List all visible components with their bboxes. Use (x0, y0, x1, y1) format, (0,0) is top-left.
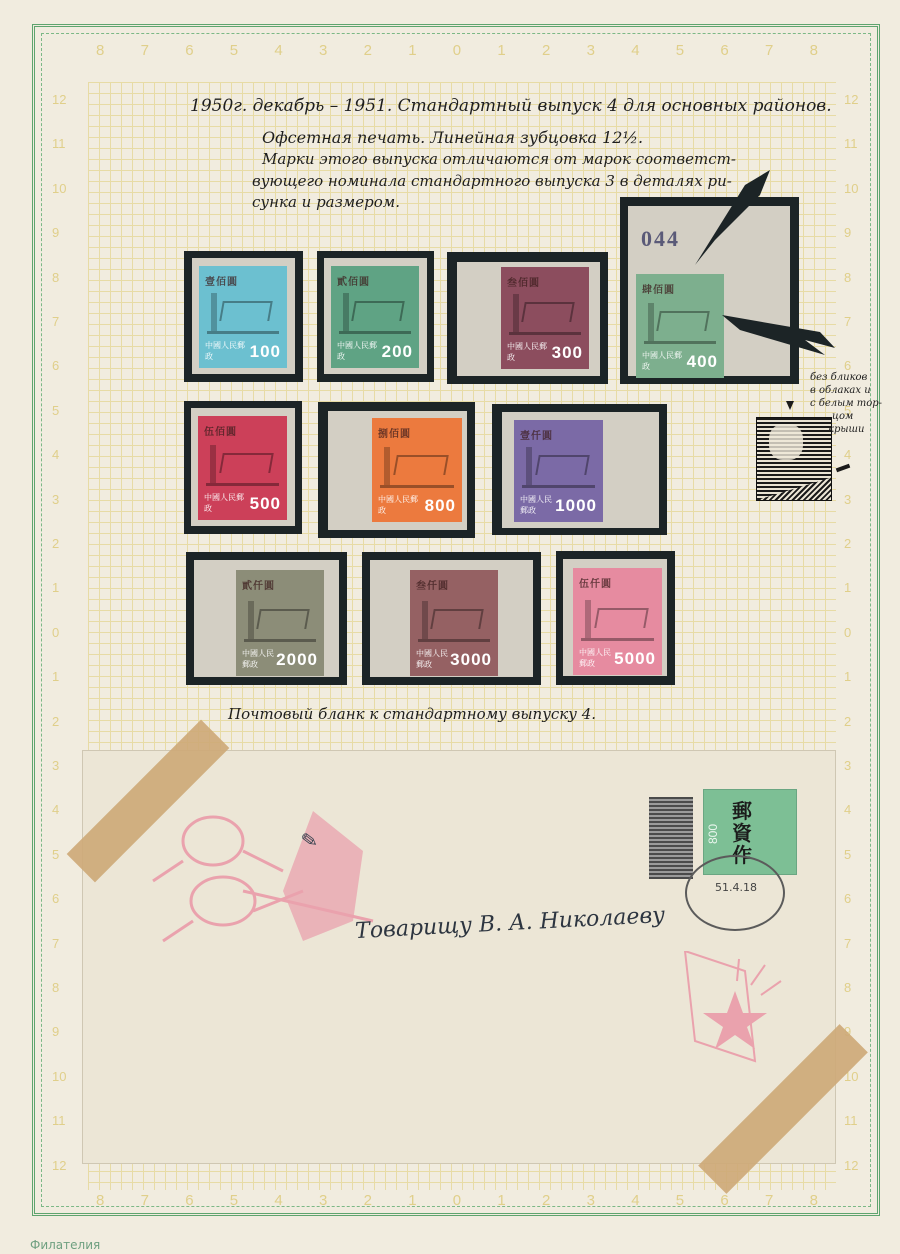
ruler-label: 2 (364, 1192, 372, 1209)
imprinted-value: 800 (706, 824, 720, 844)
stamp-country: 中國人民郵政 (507, 341, 552, 363)
ruler-label: 3 (587, 42, 595, 59)
ruler-label: 2 (542, 1192, 550, 1209)
stamp-800: 捌佰圓中國人民郵政800 (372, 418, 462, 522)
ruler-label: 5 (52, 403, 59, 418)
ruler-label: 6 (720, 42, 728, 59)
stamp-100: 壹佰圓中國人民郵政100 (199, 266, 287, 368)
ruler-label: 1 (52, 669, 59, 684)
ruler-label: 6 (52, 891, 59, 906)
star-handstamp (675, 951, 795, 1071)
stamp-value: 200 (382, 342, 413, 362)
ruler-label: 8 (96, 42, 104, 59)
stamp-value: 300 (552, 343, 583, 363)
postal-stationery-envelope: 郵 資 作 800 51.4.18 Товарищу В. А. Николае… (82, 750, 836, 1164)
ruler-label: 9 (52, 1024, 59, 1039)
postmark-date: 51.4.18 (715, 881, 757, 894)
ruler-label: 1 (497, 1192, 505, 1209)
left-ruler: 1211109876543210123456789101112 (52, 92, 76, 1172)
diagram-note-line: цом (832, 411, 853, 422)
stamp-3000: 叁仟圓中國人民郵政3000 (410, 570, 498, 676)
ruler-label: 4 (631, 42, 639, 59)
tiananmen-gate-icon (522, 448, 595, 488)
ruler-label: 12 (52, 92, 66, 107)
ruler-label: 8 (844, 980, 851, 995)
ruler-label: 4 (844, 447, 851, 462)
stamp-value: 5000 (614, 649, 656, 669)
pointer-arrows (600, 160, 860, 380)
ruler-label: 7 (52, 936, 59, 951)
stamp-value: 100 (250, 342, 281, 362)
ruler-label: 3 (844, 492, 851, 507)
stamp-denomination-cn: 伍佰圓 (204, 423, 281, 438)
diagram-note-line: в облаках и (810, 385, 871, 396)
ruler-label: 4 (274, 42, 282, 59)
ruler-label: 11 (52, 1113, 66, 1128)
ruler-label: 2 (52, 536, 59, 551)
stamp-1000: 壹仟圓中國人民郵政1000 (514, 420, 603, 522)
tiananmen-gate-icon (581, 596, 654, 641)
ruler-label: 8 (96, 1192, 104, 1209)
ruler-label: 6 (185, 1192, 193, 1209)
stamp-300: 叁佰圓中國人民郵政300 (501, 267, 589, 369)
stamp-country: 中國人民郵政 (205, 340, 250, 362)
ruler-label: 1 (497, 42, 505, 59)
diagram-note-line: с белым тор- (810, 398, 882, 409)
ruler-label: 10 (52, 181, 66, 196)
postal-caption: Почтовый бланк к стандартному выпуску 4. (228, 705, 596, 723)
stamp-denomination-cn: 壹仟圓 (520, 427, 597, 442)
ruler-label: 10 (52, 1069, 66, 1084)
stamp-value: 800 (425, 496, 456, 516)
ruler-label: 5 (230, 42, 238, 59)
ruler-label: 2 (52, 714, 59, 729)
stamp-denomination-cn: 伍仟圓 (579, 575, 656, 590)
tiananmen-gate-icon (206, 444, 279, 486)
tiananmen-gate-icon (207, 294, 279, 334)
stamp-200: 貳佰圓中國人民郵政200 (331, 266, 419, 368)
ruler-label: 4 (631, 1192, 639, 1209)
ruler-label: 3 (319, 42, 327, 59)
tiananmen-gate-icon (509, 295, 581, 335)
ruler-label: 6 (844, 891, 851, 906)
stamp-5000: 伍仟圓中國人民郵政5000 (573, 568, 662, 675)
stamp-500: 伍佰圓中國人民郵政500 (198, 416, 287, 520)
stamp-country: 中國人民郵政 (416, 648, 450, 670)
ruler-label: 0 (52, 625, 59, 640)
diagram-note-line: без бликов (810, 372, 867, 383)
stamp-denomination-cn: 捌佰圓 (378, 425, 456, 440)
stamp-country: 中國人民郵政 (378, 494, 425, 516)
ruler-label: 3 (844, 758, 851, 773)
cancel-bars (649, 797, 693, 879)
ruler-label: 5 (676, 1192, 684, 1209)
ruler-label: 4 (52, 447, 59, 462)
ruler-label: 8 (52, 980, 59, 995)
footer-label: Филателия (30, 1238, 100, 1252)
ruler-label: 4 (52, 802, 59, 817)
detail-diagram (756, 417, 832, 501)
ruler-label: 6 (52, 358, 59, 373)
stamp-country: 中國人民郵政 (337, 340, 382, 362)
ruler-label: 2 (542, 42, 550, 59)
ruler-label: 4 (274, 1192, 282, 1209)
ruler-label: 12 (52, 1158, 66, 1173)
ruler-label: 0 (453, 42, 461, 59)
stamp-country: 中國人民郵政 (579, 647, 614, 669)
postmark: 51.4.18 (685, 855, 785, 931)
diagram-marker (786, 401, 794, 410)
stamp-country: 中國人民郵政 (204, 492, 250, 514)
ruler-label: 5 (676, 42, 684, 59)
ruler-label: 4 (844, 802, 851, 817)
heading-line-5: сунка и размером. (252, 193, 400, 211)
ruler-label: 6 (720, 1192, 728, 1209)
stamp-country: 中國人民郵政 (242, 648, 276, 670)
ruler-label: 8 (52, 270, 59, 285)
top-ruler: 87654321012345678 (96, 42, 836, 62)
ruler-label: 5 (230, 1192, 238, 1209)
ruler-label: 3 (587, 1192, 595, 1209)
ruler-label: 11 (844, 1113, 858, 1128)
heading-line-1: 1950г. декабрь – 1951. Стандартный выпус… (190, 96, 832, 116)
ruler-label: 7 (52, 314, 59, 329)
stamp-denomination-cn: 貳佰圓 (337, 273, 413, 288)
ruler-label: 8 (810, 1192, 818, 1209)
stamp-2000: 貳仟圓中國人民郵政2000 (236, 570, 324, 676)
ruler-label: 8 (810, 42, 818, 59)
stamp-denomination-cn: 叁仟圓 (416, 577, 492, 592)
tiananmen-gate-icon (339, 294, 411, 334)
address-russian: Товарищу В. А. Николаеву (355, 903, 666, 944)
ruler-label: 7 (844, 936, 851, 951)
ruler-label: 3 (52, 492, 59, 507)
bottom-ruler: 87654321012345678 (96, 1192, 836, 1212)
ruler-label: 12 (844, 1158, 858, 1173)
ruler-label: 1 (408, 1192, 416, 1209)
diagram-note-line: крыши (828, 424, 864, 435)
ruler-label: 7 (765, 1192, 773, 1209)
heading-line-2: Офсетная печать. Линейная зубцовка 12½. (262, 128, 643, 147)
ruler-label: 7 (765, 42, 773, 59)
ruler-label: 5 (844, 847, 851, 862)
ruler-label: 7 (141, 1192, 149, 1209)
tiananmen-gate-icon (418, 598, 490, 642)
stamp-value: 500 (250, 494, 281, 514)
stamp-denomination-cn: 叁佰圓 (507, 274, 583, 289)
ruler-label: 3 (319, 1192, 327, 1209)
stamp-value: 1000 (555, 496, 597, 516)
ruler-label: 0 (453, 1192, 461, 1209)
ruler-label: 11 (844, 136, 858, 151)
ruler-label: 1 (844, 580, 851, 595)
ruler-label: 1 (52, 580, 59, 595)
ruler-label: 6 (185, 42, 193, 59)
stamp-value: 2000 (276, 650, 318, 670)
ruler-label: 1 (408, 42, 416, 59)
stamp-denomination-cn: 壹佰圓 (205, 273, 281, 288)
ruler-label: 12 (844, 92, 858, 107)
ruler-label: 9 (52, 225, 59, 240)
ruler-label: 3 (52, 758, 59, 773)
ruler-label: 7 (141, 42, 149, 59)
ruler-label: 0 (844, 625, 851, 640)
ruler-label: 2 (364, 42, 372, 59)
tiananmen-gate-icon (380, 446, 454, 488)
ruler-label: 2 (844, 714, 851, 729)
stamp-country: 中國人民郵政 (520, 494, 555, 516)
ruler-label: 1 (844, 669, 851, 684)
ruler-label: 5 (52, 847, 59, 862)
stamp-denomination-cn: 貳仟圓 (242, 577, 318, 592)
ruler-label: 11 (52, 136, 66, 151)
stamp-value: 3000 (450, 650, 492, 670)
tiananmen-gate-icon (244, 598, 316, 642)
ruler-label: 2 (844, 536, 851, 551)
